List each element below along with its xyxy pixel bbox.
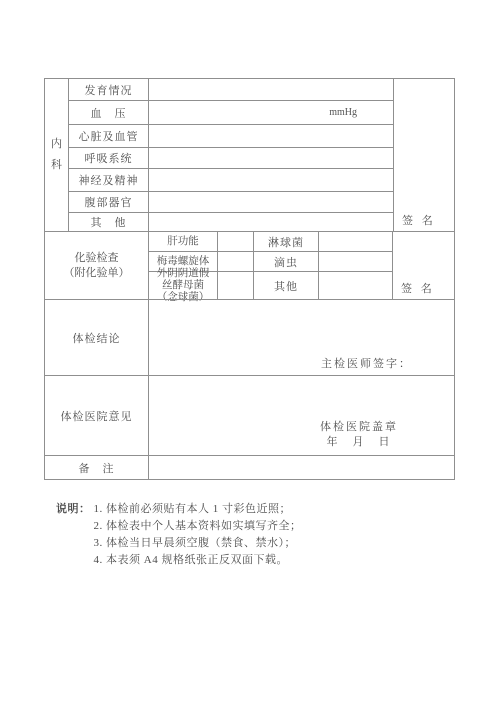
hospital-opinion-content-cell: 体检医院盖章 年 月 日 [149, 376, 454, 455]
section-conclusion: 体检结论 主检医师签字： [45, 299, 454, 375]
row-label: 神经及精神 [69, 169, 149, 191]
instruction-item: 1. 体检前必须贴有本人 1 寸彩色近照； [94, 501, 302, 518]
dept-label: 内 科 [51, 134, 62, 176]
signature-label: 签 名 [402, 212, 436, 228]
lab-section-label: 化验检查 （附化验单） [45, 232, 149, 299]
instruction-item: 3. 体检当日早晨须空腹（禁食、禁水）； [94, 535, 302, 552]
remarks-content-cell [149, 456, 454, 479]
hospital-opinion-label: 体检医院意见 [45, 376, 149, 455]
row-value-cell [149, 79, 393, 100]
lab-grid: 肝功能 淋球菌 梅毒螺旋体 滴虫 外阴阴道假 丝酵母菌 （念球菌） 其他 [149, 232, 392, 299]
lab-test-label: 外阴阴道假 丝酵母菌 （念球菌） [149, 272, 218, 299]
instruction-item: 2. 体检表中个人基本资料如实填写齐全； [94, 518, 302, 535]
lab-result-cell [319, 232, 392, 251]
conclusion-label: 体检结论 [45, 300, 149, 375]
row-label: 血 压 [69, 101, 149, 124]
table-row: 心脏及血管 [69, 125, 393, 148]
instructions-list: 1. 体检前必须贴有本人 1 寸彩色近照； 2. 体检表中个人基本资料如实填写齐… [94, 501, 302, 569]
blood-pressure-unit: mmHg [149, 101, 393, 124]
scanned-exam-form-page: 内 科 发育情况 血 压 mmHg 心脏及血管 呼吸系统 [0, 0, 500, 707]
chief-examiner-signature-label: 主检医师签字： [321, 355, 412, 371]
row-label: 腹部器官 [69, 192, 149, 212]
lab-test-label: 淋球菌 [254, 232, 319, 251]
table-row: 其 他 [69, 213, 393, 231]
instructions-block: 说明： 1. 体检前必须贴有本人 1 寸彩色近照； 2. 体检表中个人基本资料如… [56, 501, 302, 569]
lab-test-label: 其他 [254, 272, 319, 299]
row-label: 其 他 [69, 213, 149, 231]
row-label: 呼吸系统 [69, 148, 149, 168]
physical-exam-table: 内 科 发育情况 血 压 mmHg 心脏及血管 呼吸系统 [44, 78, 455, 480]
row-value-cell [149, 148, 393, 168]
date-label: 年 月 日 [320, 435, 398, 450]
section-internal-medicine: 内 科 发育情况 血 压 mmHg 心脏及血管 呼吸系统 [45, 79, 454, 231]
section-hospital-opinion: 体检医院意见 体检医院盖章 年 月 日 [45, 375, 454, 455]
table-row: 腹部器官 [69, 192, 393, 213]
row-value-cell [149, 169, 393, 191]
hospital-seal-block: 体检医院盖章 年 月 日 [320, 420, 398, 450]
lab-signature-cell: 签 名 [392, 232, 454, 299]
lab-test-label: 滴虫 [254, 252, 319, 271]
dept-label-cell: 内 科 [45, 79, 69, 231]
table-row: 肝功能 淋球菌 [149, 232, 392, 252]
table-row: 血 压 mmHg [69, 101, 393, 125]
hospital-seal-label: 体检医院盖章 [320, 420, 398, 435]
internal-medicine-signature-cell: 签 名 [393, 79, 454, 231]
row-value-cell [149, 125, 393, 147]
internal-medicine-rows: 发育情况 血 压 mmHg 心脏及血管 呼吸系统 神经及精神 [69, 79, 393, 231]
lab-result-cell [319, 252, 392, 271]
section-remarks: 备 注 [45, 455, 454, 479]
lab-test-label: 肝功能 [149, 232, 218, 251]
row-value-cell [149, 192, 393, 212]
lab-result-cell [319, 272, 392, 299]
row-label: 心脏及血管 [69, 125, 149, 147]
section-lab-tests: 化验检查 （附化验单） 肝功能 淋球菌 梅毒螺旋体 滴虫 外阴阴道假 丝酵母菌 … [45, 231, 454, 299]
row-value-cell [149, 213, 393, 231]
row-label: 发育情况 [69, 79, 149, 100]
table-row: 神经及精神 [69, 169, 393, 192]
conclusion-content-cell: 主检医师签字： [149, 300, 454, 375]
remarks-label: 备 注 [45, 456, 149, 479]
table-row: 呼吸系统 [69, 148, 393, 169]
lab-result-cell [218, 252, 254, 271]
signature-label: 签 名 [401, 280, 435, 296]
instruction-item: 4. 本表须 A4 规格纸张正反双面下载。 [94, 552, 302, 569]
table-row: 发育情况 [69, 79, 393, 101]
instructions-heading: 说明： [56, 501, 91, 569]
lab-result-cell [218, 232, 254, 251]
table-row: 外阴阴道假 丝酵母菌 （念球菌） 其他 [149, 272, 392, 299]
lab-result-cell [218, 272, 254, 299]
